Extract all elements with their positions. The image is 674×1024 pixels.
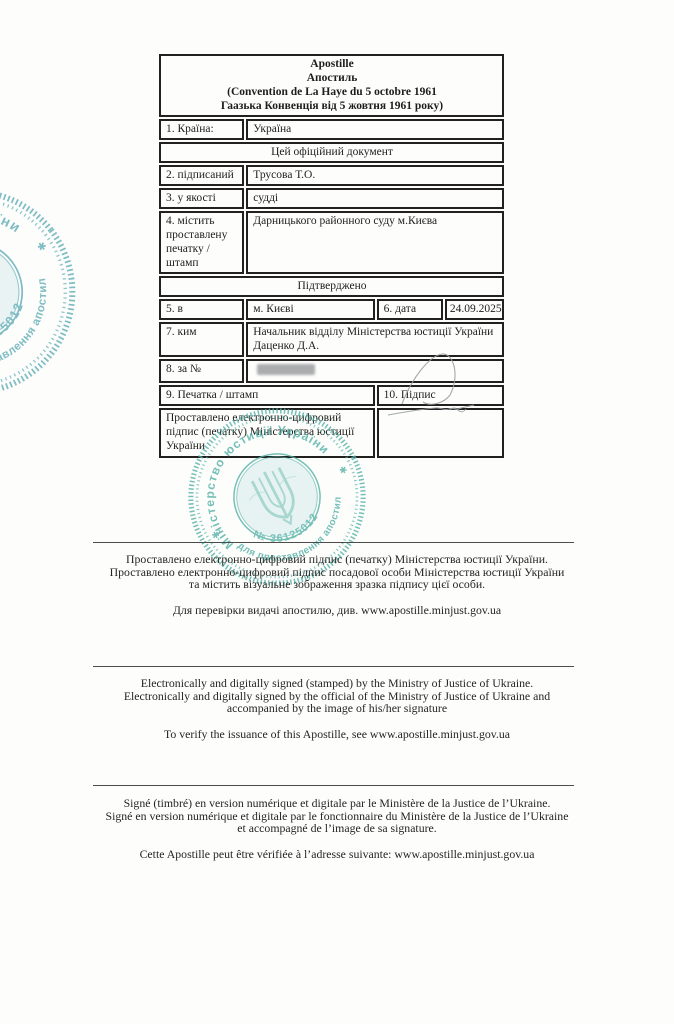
table-row: Цей офіційний документ (159, 142, 504, 163)
table-row: Підтверджено (159, 276, 504, 297)
apostille-title: Apostille Апостиль (Convention de La Hay… (159, 54, 504, 117)
at-label: 5. в (159, 299, 244, 320)
certified-caption: Підтверджено (159, 276, 504, 297)
date-label: 6. дата (377, 299, 443, 320)
number-label: 8. за № (159, 359, 244, 383)
bears-seal-label: 4. містить проставлену печатку / штамп (159, 211, 244, 274)
statement-line: accompanied by the image of his/her sign… (57, 702, 617, 715)
date-value: 24.09.2025 (445, 299, 504, 320)
by-whom-value: Начальник відділу Міністерства юстиції У… (246, 322, 504, 357)
by-whom-label: 7. ким (159, 322, 244, 357)
scanned-apostille-page: Міністерство юстиції України для простав… (0, 0, 674, 1024)
table-row: 8. за № (159, 359, 504, 383)
bears-seal-value: Дарницького районного суду м.Києва (246, 211, 504, 274)
signed-by-value: Трусова Т.О. (246, 165, 504, 186)
verify-url-ua: Для перевірки видачі апостилю, див. www.… (57, 604, 617, 617)
table-row: 3. у якості судді (159, 188, 504, 209)
statement-block-ukrainian: Проставлено електронно-цифровий підпис (… (57, 553, 617, 616)
table-row: 1. Країна: Україна (159, 119, 504, 140)
divider-line (93, 666, 574, 667)
signature-label: 10. Підпис (377, 385, 504, 406)
at-value: м. Києві (246, 299, 374, 320)
statement-line: Проставлено електронно-цифровий підпис (… (57, 553, 617, 566)
divider-line (93, 785, 574, 786)
table-row: 5. в м. Києві 6. дата 24.09.2025 (159, 299, 504, 320)
divider-line (93, 542, 574, 543)
signed-by-label: 2. підписаний (159, 165, 244, 186)
statement-block-english: Electronically and digitally signed (sta… (57, 677, 617, 740)
redaction-blur (257, 364, 315, 375)
official-document-caption: Цей офіційний документ (159, 142, 504, 163)
ministry-seal-left-partial (0, 172, 92, 412)
signature-cell (377, 408, 504, 458)
table-row: 7. ким Начальник відділу Міністерства юс… (159, 322, 504, 357)
statement-line: et accompagné de l’image de sa signature… (57, 822, 617, 835)
statement-block-french: Signé (timbré) en version numérique et d… (57, 797, 617, 860)
verify-url-en: To verify the issuance of this Apostille… (57, 728, 617, 741)
verify-url-fr: Cette Apostille peut être vérifiée à l’a… (57, 848, 617, 861)
country-label: 1. Країна: (159, 119, 244, 140)
country-value: Україна (246, 119, 504, 140)
statement-line: та містить візуальне зображення зразка п… (57, 578, 617, 591)
statement-line: Signé (timbré) en version numérique et d… (57, 797, 617, 810)
statement-line: Electronically and digitally signed (sta… (57, 677, 617, 690)
table-row: Apostille Апостиль (Convention de La Hay… (159, 54, 504, 117)
table-row: 2. підписаний Трусова Т.О. (159, 165, 504, 186)
acting-as-label: 3. у якості (159, 188, 244, 209)
table-row: 4. містить проставлену печатку / штамп Д… (159, 211, 504, 274)
acting-as-value: судді (246, 188, 504, 209)
number-value-cell (246, 359, 504, 383)
